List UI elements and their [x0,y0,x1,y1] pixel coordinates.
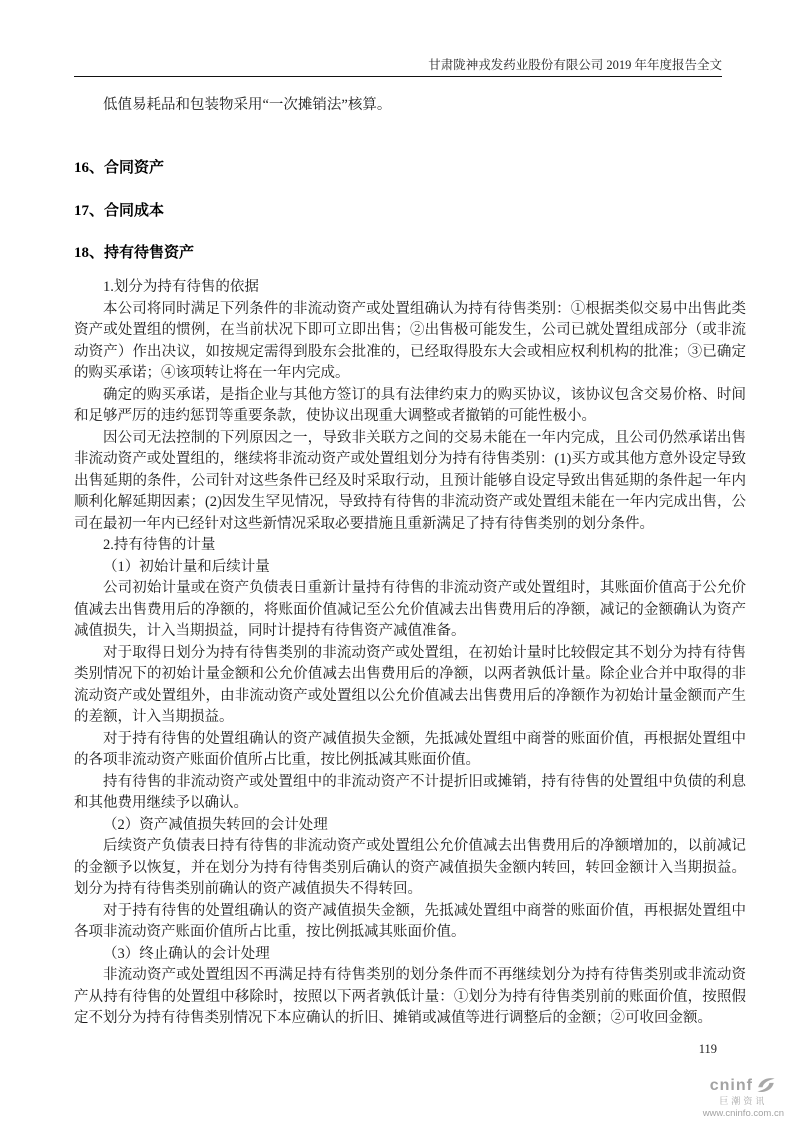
paragraph: （1）初始计量和后续计量 [74,557,746,579]
paragraph: 对于取得日划分为持有待售类别的非流动资产或处置组，在初始计量时比较假定其不划分为… [74,643,746,729]
cninfo-caption: 巨潮资讯 [719,1094,767,1107]
paragraph: 确定的购买承诺，是指企业与其他方签订的具有法律约束力的购买协议，该协议包含交易价… [74,385,746,428]
header-title: 甘肃陇神戎发药业股份有限公司 2019 年年度报告全文 [74,56,722,74]
paragraph: 因公司无法控制的下列原因之一，导致非关联方之间的交易未能在一年内完成，且公司仍然… [74,428,746,536]
report-page: 甘肃陇神戎发药业股份有限公司 2019 年年度报告全文 低值易耗品和包装物采用“… [0,0,793,1122]
cninfo-swirl-icon [755,1076,777,1095]
paragraph: 公司初始计量或在资产负债表日重新计量持有待售的非流动资产或处置组时，其账面价值高… [74,578,746,643]
paragraph: 持有待售的非流动资产或处置组中的非流动资产不计提折旧或摊销，持有待售的处置组中负… [74,772,746,815]
page-number: 119 [699,1041,717,1057]
paragraph: （3）终止确认的会计处理 [74,944,746,966]
paragraph: 本公司将同时满足下列条件的非流动资产或处置组确认为持有待售类别：①根据类似交易中… [74,299,746,385]
header-rule [74,76,722,77]
section-heading-contract-assets: 16、合同资产 [74,158,746,178]
intro-paragraph: 低值易耗品和包装物采用“一次摊销法”核算。 [74,95,746,115]
section-heading-contract-costs: 17、合同成本 [74,201,746,221]
section-18-body: 1.划分为持有待售的依据 本公司将同时满足下列条件的非流动资产或处置组确认为持有… [74,277,746,1030]
section-heading-held-for-sale-assets: 18、持有待售资产 [74,243,746,263]
paragraph: 后续资产负债表日持有待售的非流动资产或处置组公允价值减去出售费用后的净额增加的，… [74,836,746,901]
cninfo-url: www.cninfo.com.cn [703,1108,784,1119]
cninfo-logo-row: cninf [710,1076,777,1095]
paragraph: （2）资产减值损失转回的会计处理 [74,815,746,837]
paragraph: 非流动资产或处置组因不再满足持有待售类别的划分条件而不再继续划分为持有待售类别或… [74,965,746,1030]
paragraph: 1.划分为持有待售的依据 [74,277,746,299]
paragraph: 对于持有待售的处置组确认的资产减值损失金额，先抵减处置组中商誉的账面价值，再根据… [74,729,746,772]
paragraph: 2.持有待售的计量 [74,535,746,557]
cninfo-wordmark: cninf [710,1077,753,1095]
paragraph: 对于持有待售的处置组确认的资产减值损失金额，先抵减处置组中商誉的账面价值，再根据… [74,901,746,944]
cninfo-logo: cninf 巨潮资讯 www.cninfo.com.cn [703,1076,784,1119]
